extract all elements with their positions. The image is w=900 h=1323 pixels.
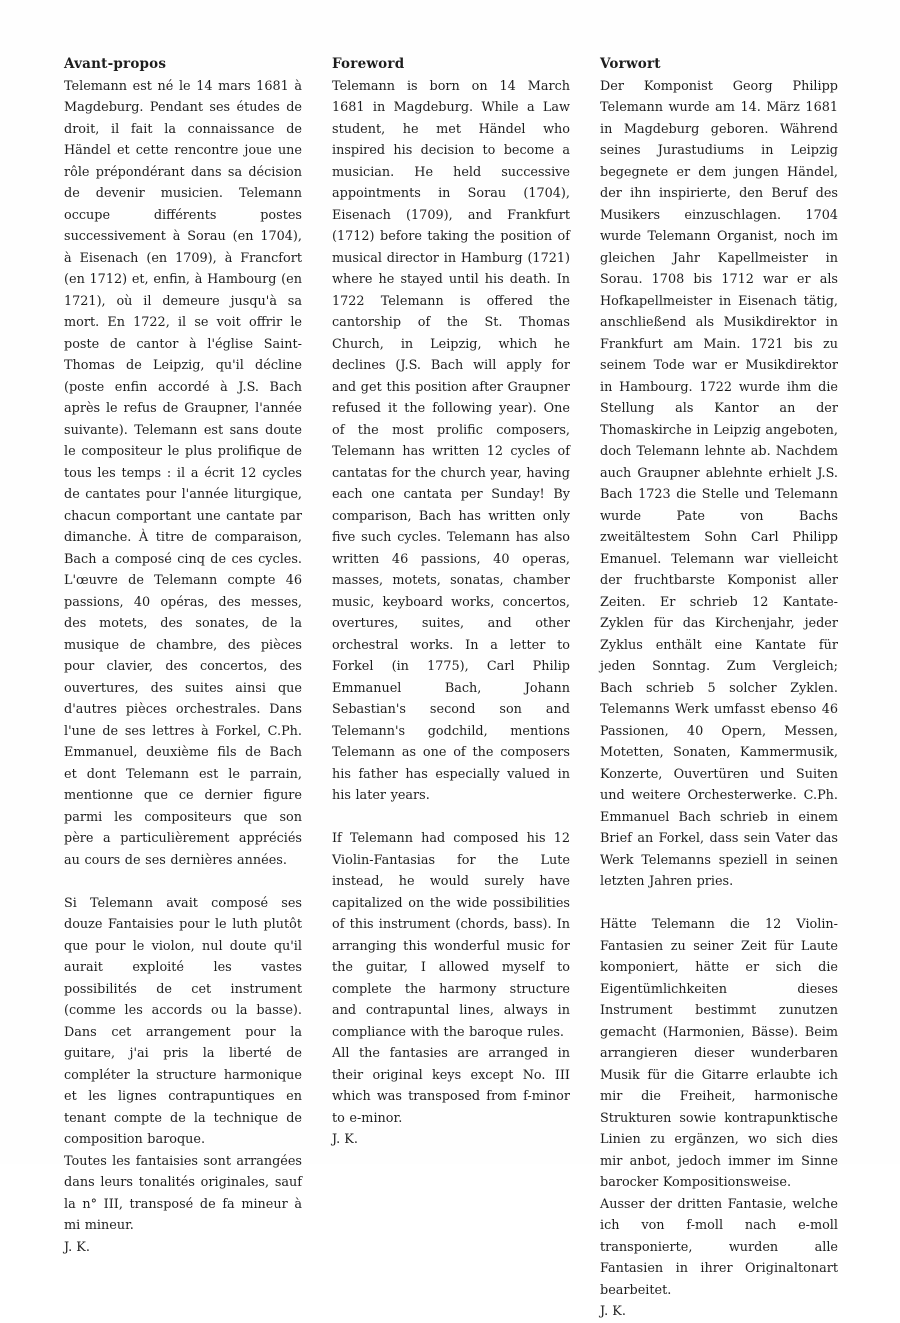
paragraph-english-1: Telemann is born on 14 March 1681 in Mag…	[332, 76, 570, 807]
paragraph-french-2: Si Telemann avait composé ses douze Fant…	[64, 893, 302, 1151]
paragraph-english-3: All the fantasies are arranged in their …	[332, 1043, 570, 1129]
column-heading-english: Foreword	[332, 54, 570, 76]
paragraph-french-3: Toutes les fantaisies sont arrangées dan…	[64, 1151, 302, 1237]
paragraph-german-3: Ausser der dritten Fantasie, welche ich …	[600, 1194, 838, 1302]
column-english: Foreword Telemann is born on 14 March 16…	[332, 54, 570, 1164]
signature-german: J. K.	[600, 1301, 838, 1323]
column-heading-french: Avant-propos	[64, 54, 302, 76]
paragraph-english-2: If Telemann had composed his 12 Violin-F…	[332, 828, 570, 1043]
signature-english: J. K.	[332, 1129, 570, 1151]
column-heading-german: Vorwort	[600, 54, 838, 76]
paragraph-french-1: Telemann est né le 14 mars 1681 à Magdeb…	[64, 76, 302, 872]
paragraph-german-2: Hätte Telemann die 12 Violin-Fantasien z…	[600, 914, 838, 1194]
column-german: Vorwort Der Komponist Georg Philipp Tele…	[600, 54, 838, 1164]
paragraph-german-1: Der Komponist Georg Philipp Telemann wur…	[600, 76, 838, 893]
column-french: Avant-propos Telemann est né le 14 mars …	[64, 54, 302, 1164]
preface-page: Avant-propos Telemann est né le 14 mars …	[0, 0, 900, 1164]
signature-french: J. K.	[64, 1237, 302, 1259]
